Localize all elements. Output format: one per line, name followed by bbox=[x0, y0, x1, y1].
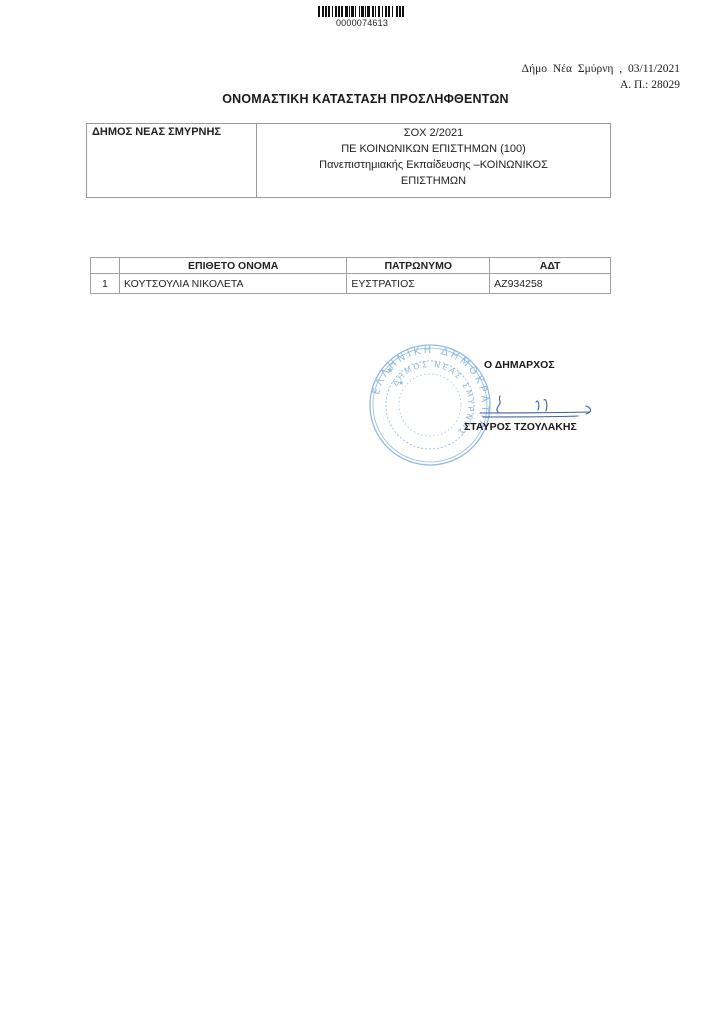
cell-number: 1 bbox=[91, 274, 120, 294]
svg-text:★: ★ bbox=[398, 379, 404, 387]
cell-patronymic: ΕΥΣΤΡΑΤΙΟΣ bbox=[347, 274, 490, 294]
svg-text:ΔΗΜΟΣ ΝΕΑΣ ΣΜΥΡΝΗΣ: ΔΗΜΟΣ ΝΕΑΣ ΣΜΥΡΝΗΣ bbox=[391, 360, 475, 438]
place-date: Δήμο Νέα Σμύρνη , 03/11/2021 bbox=[522, 63, 680, 75]
barcode-number: 0000074613 bbox=[318, 18, 406, 28]
barcode bbox=[318, 6, 406, 17]
signature-icon bbox=[478, 390, 598, 420]
cell-surname-name: ΚΟΥΤΣΟΥΛΙΑ ΝΙΚΟΛΕΤΑ bbox=[119, 274, 346, 294]
position-cell: ΣΟΧ 2/2021 ΠΕ ΚΟΙΝΩΝΙΚΩΝ ΕΠΙΣΤΗΜΩΝ (100)… bbox=[257, 124, 610, 197]
header-surname-name: ΕΠΙΘΕΤΟ ΟΝΟΜΑ bbox=[119, 258, 346, 274]
protocol-number: Α. Π.: 28029 bbox=[620, 79, 680, 91]
svg-text:★: ★ bbox=[386, 366, 394, 376]
table-header-row: ΕΠΙΘΕΤΟ ΟΝΟΜΑ ΠΑΤΡΩΝΥΜΟ ΑΔΤ bbox=[91, 258, 611, 274]
position-line: Πανεπιστημιακής Εκπαίδευσης –ΚΟΙΝΩΝΙΚΟΣ bbox=[257, 157, 610, 173]
municipal-stamp-icon: ΕΛΛΗΝΙΚΗ ΔΗΜΟΚΡΑΤΙΑ ΔΗΜΟΣ ΝΕΑΣ ΣΜΥΡΝΗΣ ★… bbox=[368, 343, 492, 467]
position-line: ΕΠΙΣΤΗΜΩΝ bbox=[257, 173, 610, 189]
position-line: ΣΟΧ 2/2021 bbox=[257, 125, 610, 141]
table-row: 1 ΚΟΥΤΣΟΥΛΙΑ ΝΙΚΟΛΕΤΑ ΕΥΣΤΡΑΤΙΟΣ ΑΖ93425… bbox=[91, 274, 611, 294]
document-title: ΟΝΟΜΑΣΤΙΚΗ ΚΑΤΑΣΤΑΣΗ ΠΡΟΣΛΗΦΘΕΝΤΩΝ bbox=[0, 92, 723, 106]
info-table: ΔΗΜΟΣ ΝΕΑΣ ΣΜΥΡΝΗΣ ΣΟΧ 2/2021 ΠΕ ΚΟΙΝΩΝΙ… bbox=[86, 123, 611, 198]
position-line: ΠΕ ΚΟΙΝΩΝΙΚΩΝ ΕΠΙΣΤΗΜΩΝ (100) bbox=[257, 141, 610, 157]
cell-id-card: ΑΖ934258 bbox=[490, 274, 611, 294]
hired-persons-table: ΕΠΙΘΕΤΟ ΟΝΟΜΑ ΠΑΤΡΩΝΥΜΟ ΑΔΤ 1 ΚΟΥΤΣΟΥΛΙΑ… bbox=[90, 257, 611, 294]
header-patronymic: ΠΑΤΡΩΝΥΜΟ bbox=[347, 258, 490, 274]
municipality-cell: ΔΗΜΟΣ ΝΕΑΣ ΣΜΥΡΝΗΣ bbox=[87, 124, 257, 197]
signatory-title: Ο ΔΗΜΑΡΧΟΣ bbox=[484, 359, 555, 371]
signatory-name: ΣΤΑΥΡΟΣ ΤΖΟΥΛΑΚΗΣ bbox=[464, 421, 577, 433]
header-number bbox=[91, 258, 120, 274]
header-id-card: ΑΔΤ bbox=[490, 258, 611, 274]
